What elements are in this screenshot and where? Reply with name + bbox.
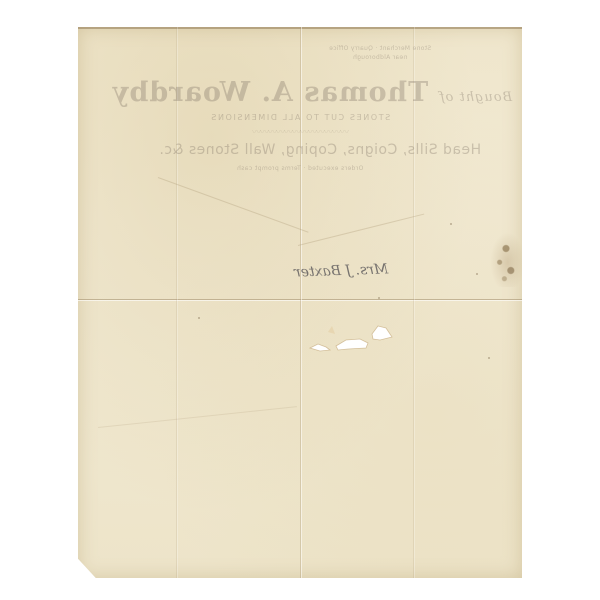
letter-sheet: Stone Merchant · Quarry Office near Aldb… bbox=[78, 27, 522, 578]
letterhead-small-print: Orders executed · Terms prompt cash bbox=[78, 165, 522, 172]
letterhead-products: Head Sills, Coigns, Coping, Wall Stones … bbox=[98, 142, 542, 158]
paper-tear-holes bbox=[308, 320, 398, 356]
foxing-stain bbox=[490, 232, 522, 287]
vertical-crease-left bbox=[176, 27, 177, 578]
speck bbox=[198, 317, 200, 319]
speck bbox=[476, 273, 478, 275]
letterhead-address-2: near Aldborough bbox=[158, 54, 600, 61]
diagonal-crease bbox=[98, 406, 297, 428]
vertical-crease-right bbox=[413, 27, 414, 578]
letterhead-prefix: Bought of bbox=[439, 90, 512, 105]
speck bbox=[488, 357, 490, 359]
speck bbox=[378, 297, 380, 299]
letterhead-address-1: Stone Merchant · Quarry Office bbox=[158, 45, 600, 52]
handwritten-note: Mrs. J Baxter bbox=[294, 261, 389, 280]
letterhead-wavy-rule: 〰〰〰〰〰〰〰〰〰〰〰〰 bbox=[78, 125, 522, 138]
diagonal-crease bbox=[158, 177, 309, 233]
diagonal-crease bbox=[298, 214, 424, 246]
horizontal-fold bbox=[78, 299, 522, 300]
letterhead-name: Thomas A. Woardby bbox=[112, 77, 428, 108]
vertical-fold bbox=[300, 27, 301, 578]
letterhead-title: Bought of Thomas A. Woardby bbox=[90, 77, 534, 108]
letterhead-subtitle: STONES CUT TO ALL DIMENSIONS bbox=[78, 113, 522, 122]
paper-top-edge bbox=[78, 27, 522, 29]
speck bbox=[450, 223, 452, 225]
